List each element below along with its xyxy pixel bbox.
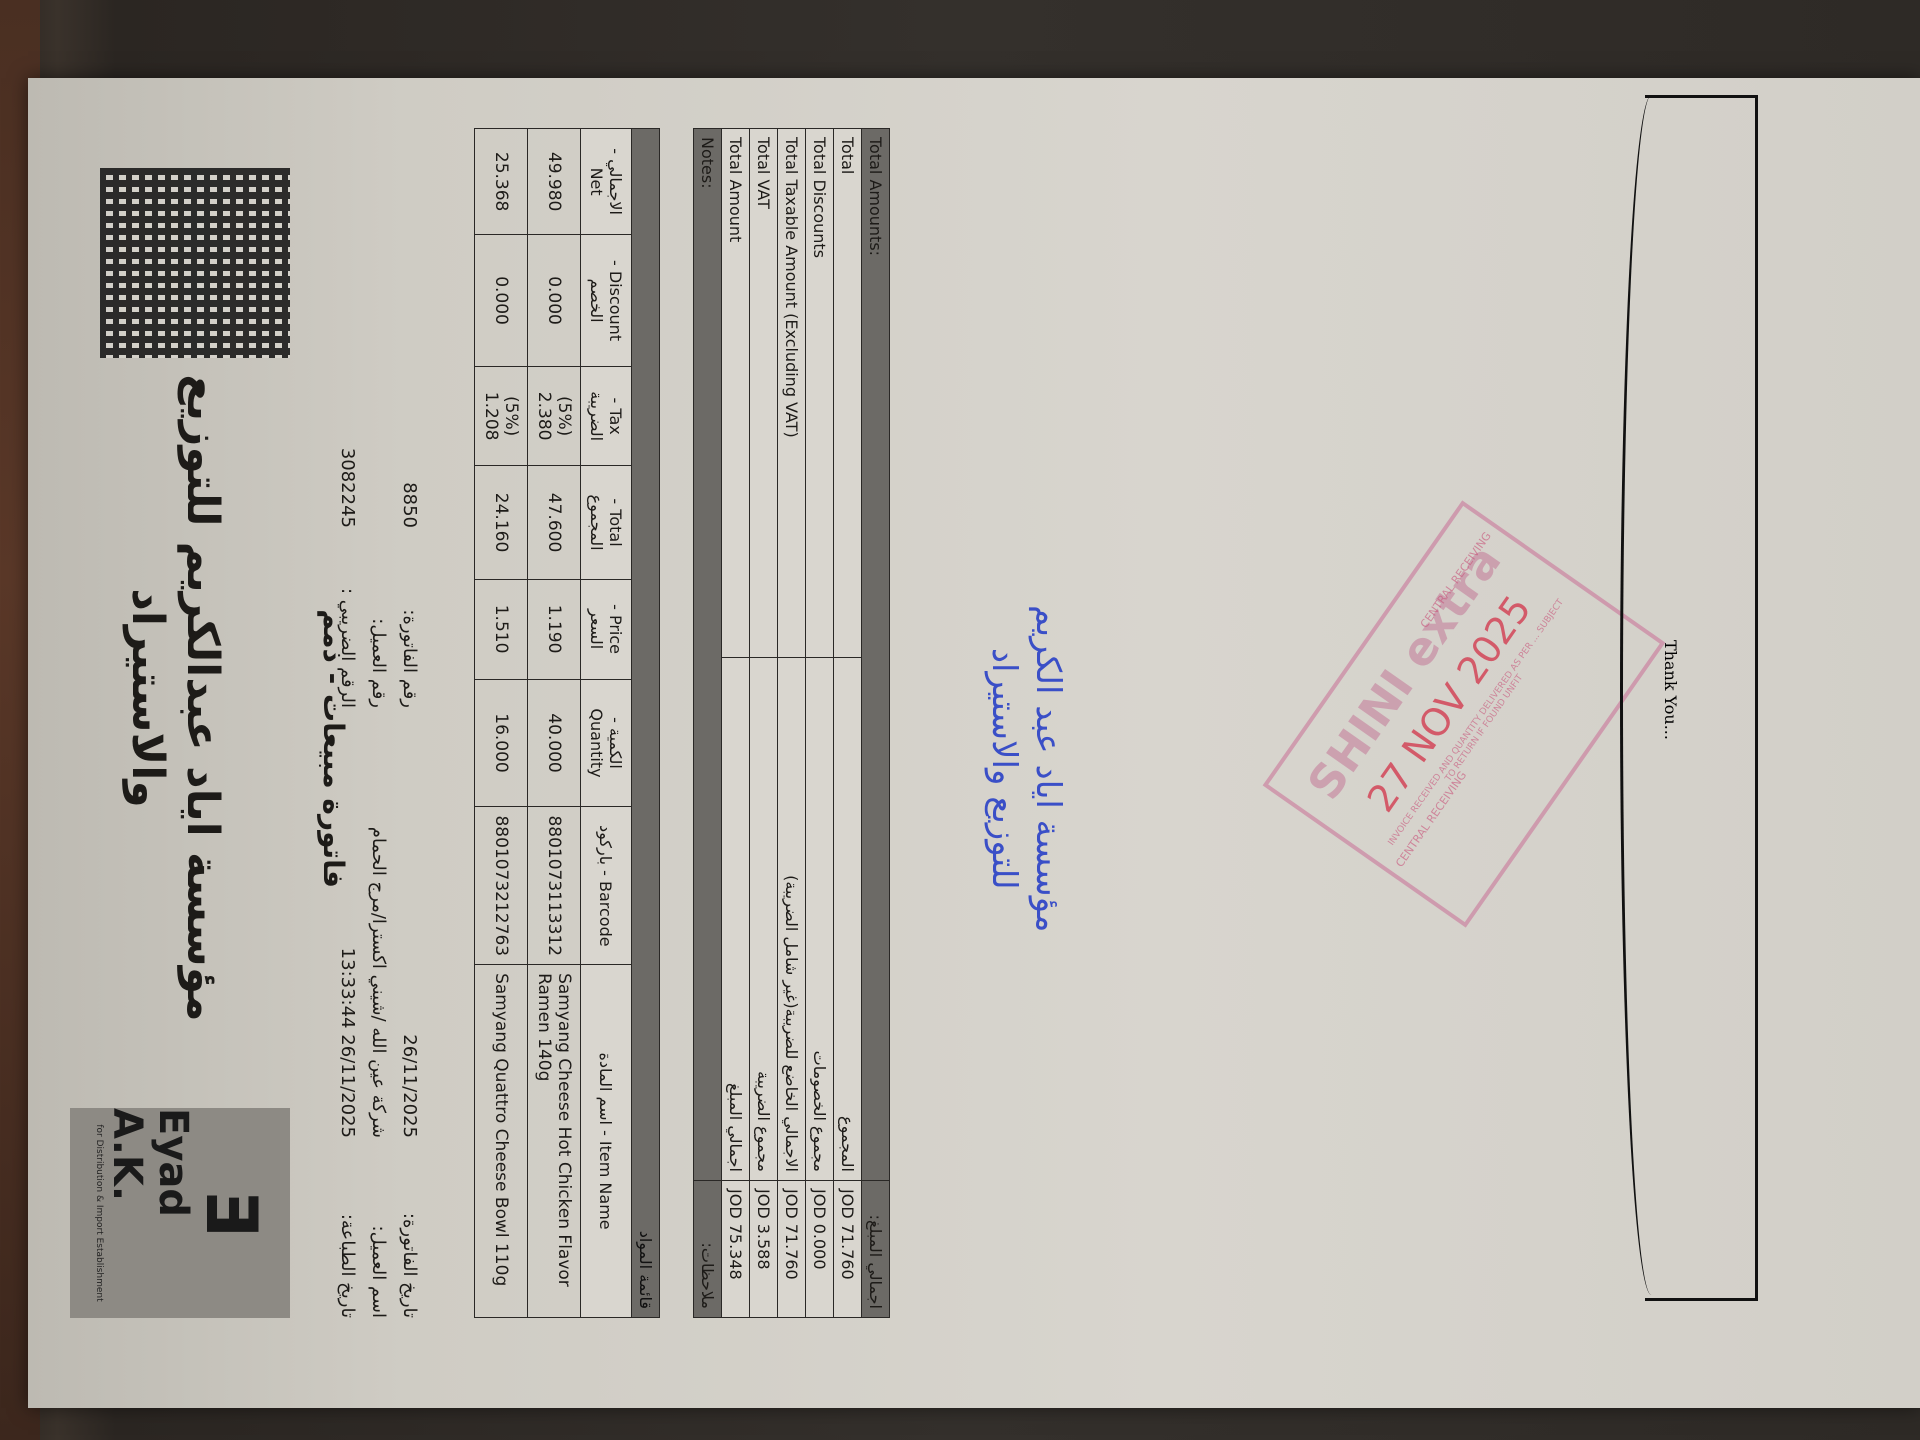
totals-amount: JOD 71.760 <box>834 1181 862 1318</box>
company-stamp-line2: للتوزيع والاستيراد <box>982 605 1026 932</box>
totals-row: Total Amount اجمالي المبلغ JOD 75.348 <box>722 129 750 1318</box>
totals-amount: JOD 3.588 <box>750 1181 778 1318</box>
items-band: قائمة المواد <box>632 129 660 1318</box>
invoice-no-row: رقم الفاتورة: 8850 <box>399 228 420 708</box>
totals-band: Total Amounts: اجمالي المبلغ: <box>862 129 890 1318</box>
invoice-no-label: رقم الفاتورة: <box>399 568 420 708</box>
invoice-meta-left: رقم الفاتورة: 8850 رقم العميل: الرقم الض… <box>327 228 420 708</box>
item-discount: 0.000 <box>528 235 581 367</box>
totals-label-ar: المجموع <box>834 658 862 1181</box>
notes-label-ar: ملاحظات: <box>694 1181 722 1318</box>
item-name: Samyang Quattro Cheese Bowl 110g <box>475 965 528 1318</box>
col-price: Price - السعر <box>581 579 632 679</box>
item-net: 25.368 <box>475 129 528 235</box>
customer-no-label: رقم العميل: <box>368 568 389 708</box>
invoice-date-label: تاريخ الفاتورة: <box>399 1178 420 1318</box>
items-table: قائمة المواد Item Name - اسم المادة Barc… <box>474 128 660 1318</box>
item-name: Samyang Cheese Hot Chicken Flavor Ramen … <box>528 965 581 1318</box>
totals-row: Total Discounts مجموع الخصومات JOD 0.000 <box>806 129 834 1318</box>
tax-no-label: الرقم الضريبي : <box>337 568 358 708</box>
item-tax: (5%) 1.208 <box>475 366 528 466</box>
col-barcode: Barcode - باركود <box>581 807 632 965</box>
qr-code <box>100 168 290 358</box>
col-tax: Tax - الضريبة <box>581 366 632 466</box>
col-total: Total - المجموع <box>581 466 632 579</box>
totals-amount: JOD 75.348 <box>722 1181 750 1318</box>
customer-no-row: رقم العميل: <box>368 228 389 708</box>
totals-amount: JOD 71.760 <box>778 1181 806 1318</box>
totals-row: Total Taxable Amount (Excluding VAT) الا… <box>778 129 806 1318</box>
logo-subtitle: for Distribution & Import Establishment <box>94 1124 104 1301</box>
col-quantity: الكمية - Quantity <box>581 679 632 807</box>
totals-table: Total Amounts: اجمالي المبلغ: Total المج… <box>693 128 890 1318</box>
company-signature-stamp: مؤسسة اياد عبد الكريم للتوزيع والاستيراد <box>982 605 1070 932</box>
invoice-meta-right: تاريخ الفاتورة: 26/11/2025 اسم العميل: ش… <box>327 758 420 1318</box>
company-stamp-line1: مؤسسة اياد عبد الكريم <box>1026 605 1070 932</box>
customer-name: شركة عين الله /شيني اكسترا/مرج الحمام <box>368 827 389 1138</box>
print-date-row: تاريخ الطباعة: 26/11/2025 13:33:44 <box>337 758 358 1318</box>
tax-no: 3082245 <box>337 448 358 528</box>
item-total: 47.600 <box>528 466 581 579</box>
notes-label-en: Notes: <box>694 129 722 1181</box>
invoice-no: 8850 <box>399 482 420 528</box>
item-barcode: 8801073212763 <box>475 807 528 965</box>
print-date-label: تاريخ الطباعة: <box>337 1178 358 1318</box>
totals-label-ar: مجموع الخصومات <box>806 658 834 1181</box>
item-price: 1.510 <box>475 579 528 679</box>
invoice-date-row: تاريخ الفاتورة: 26/11/2025 <box>399 758 420 1318</box>
totals-label-ar: الاجمالي الخاضع للضريبة(غير شامل الضريبة… <box>778 658 806 1181</box>
notes-row: Notes: ملاحظات: <box>694 129 722 1318</box>
company-name-line1: مؤسسة اياد عبدالكريم للتوزيع <box>175 348 230 1048</box>
item-price: 1.190 <box>528 579 581 679</box>
item-barcode: 8801073113312 <box>528 807 581 965</box>
customer-name-row: اسم العميل: شركة عين الله /شيني اكسترا/م… <box>368 758 389 1318</box>
col-discount: Discount - الخصم <box>581 235 632 367</box>
totals-row: Total المجموع JOD 71.760 <box>834 129 862 1318</box>
eyad-logo-icon: Ǝ <box>196 1189 266 1237</box>
item-quantity: 16.000 <box>475 679 528 807</box>
company-logo: Ǝ Eyad A.K. for Distribution & Import Es… <box>70 1108 290 1318</box>
totals-band-ar: اجمالي المبلغ: <box>862 1181 890 1318</box>
item-net: 49.980 <box>528 129 581 235</box>
totals-label-en: Total Amount <box>722 129 750 658</box>
item-tax: (5%) 2.380 <box>528 366 581 466</box>
totals-label-ar: اجمالي المبلغ <box>722 658 750 1181</box>
items-header-row: Item Name - اسم المادة Barcode - باركود … <box>581 129 632 1318</box>
logo-text: Eyad A.K. <box>104 1108 196 1318</box>
company-name: مؤسسة اياد عبدالكريم للتوزيع والاستيراد <box>120 348 230 1048</box>
company-name-line2: والاستيراد <box>120 348 175 1048</box>
tax-no-row: الرقم الضريبي : 3082245 <box>337 228 358 708</box>
totals-label-en: Total <box>834 129 862 658</box>
totals-label-en: Total Taxable Amount (Excluding VAT) <box>778 129 806 658</box>
totals-amount: JOD 0.000 <box>806 1181 834 1318</box>
col-item-name: Item Name - اسم المادة <box>581 965 632 1318</box>
totals-label-ar: مجموع الضريبة <box>750 658 778 1181</box>
totals-band-en: Total Amounts: <box>862 129 890 1181</box>
col-net: الاجمالي - Net <box>581 129 632 235</box>
table-row: Samyang Quattro Cheese Bowl 110g 8801073… <box>475 129 528 1318</box>
thank-you-text: Thank You... <box>1661 640 1680 740</box>
totals-label-en: Total VAT <box>750 129 778 658</box>
customer-name-label: اسم العميل: <box>368 1178 389 1318</box>
item-discount: 0.000 <box>475 235 528 367</box>
totals-row: Total VAT مجموع الضريبة JOD 3.588 <box>750 129 778 1318</box>
table-row: Samyang Cheese Hot Chicken Flavor Ramen … <box>528 129 581 1318</box>
item-quantity: 40.000 <box>528 679 581 807</box>
item-total: 24.160 <box>475 466 528 579</box>
totals-label-en: Total Discounts <box>806 129 834 658</box>
print-date: 26/11/2025 13:33:44 <box>337 948 358 1138</box>
invoice-date: 26/11/2025 <box>399 1034 420 1138</box>
